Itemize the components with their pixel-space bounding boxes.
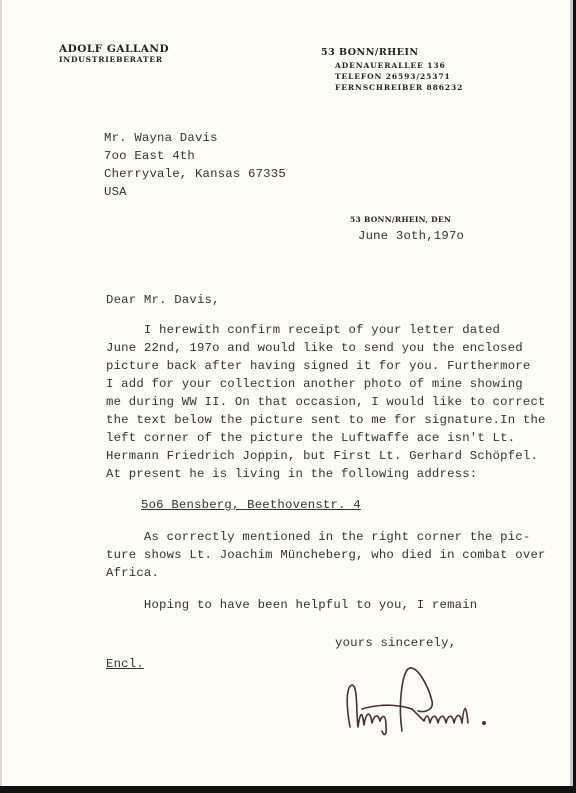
body-line: I add for your collection another photo … <box>106 377 523 391</box>
body-line: picture back after having signed it for … <box>106 359 530 373</box>
recipient-line: Cherryvale, Kansas 67335 <box>104 167 286 181</box>
body-line: left corner of the picture the Luftwaffe… <box>106 431 515 445</box>
letterhead-street: ADENAUERALLEE 136 <box>335 61 446 70</box>
body-line: me during WW II. On that occasion, I wou… <box>106 395 546 409</box>
body-line: Hermann Friedrich Joppin, but First Lt. … <box>106 449 538 463</box>
body-line: At present he is living in the following… <box>106 467 477 481</box>
body-line: As correctly mentioned in the right corn… <box>106 530 530 544</box>
body-line: ture shows Lt. Joachim Müncheberg, who d… <box>106 548 546 562</box>
address-line: 5o6 Bensberg, Beethovenstr. 4 <box>141 498 361 512</box>
salutation: Dear Mr. Davis, <box>106 293 220 307</box>
recipient-line: 7oo East 4th <box>104 149 195 163</box>
letterhead-city: 53 BONN/RHEIN <box>321 47 419 58</box>
letter-date: June 3oth,197o <box>358 229 464 243</box>
body-line: the text below the picture sent to me fo… <box>106 413 546 427</box>
letterhead-name: ADOLF GALLAND <box>59 43 169 55</box>
letter-page: ADOLF GALLAND INDUSTRIEBERATER 53 BONN/R… <box>0 0 573 786</box>
recipient-line: USA <box>104 185 127 199</box>
enclosure-note: Encl. <box>106 657 144 671</box>
recipient-line: Mr. Wayna Davis <box>104 131 218 145</box>
signature <box>342 665 502 737</box>
body-line: I herewith confirm receipt of your lette… <box>106 323 500 337</box>
letterhead-phone: TELEFON 26593/25371 <box>335 72 451 81</box>
letterhead-telex: FERNSCHREIBER 886232 <box>335 83 463 92</box>
letterhead-role: INDUSTRIEBERATER <box>59 55 163 64</box>
closing-line: Hoping to have been helpful to you, I re… <box>106 598 477 612</box>
dateline-place: 53 BONN/RHEIN, DEN <box>350 215 451 224</box>
body-line: June 22nd, 197o and would like to send y… <box>106 341 523 355</box>
valediction: yours sincerely, <box>335 636 456 650</box>
body-line: Africa. <box>106 566 159 580</box>
